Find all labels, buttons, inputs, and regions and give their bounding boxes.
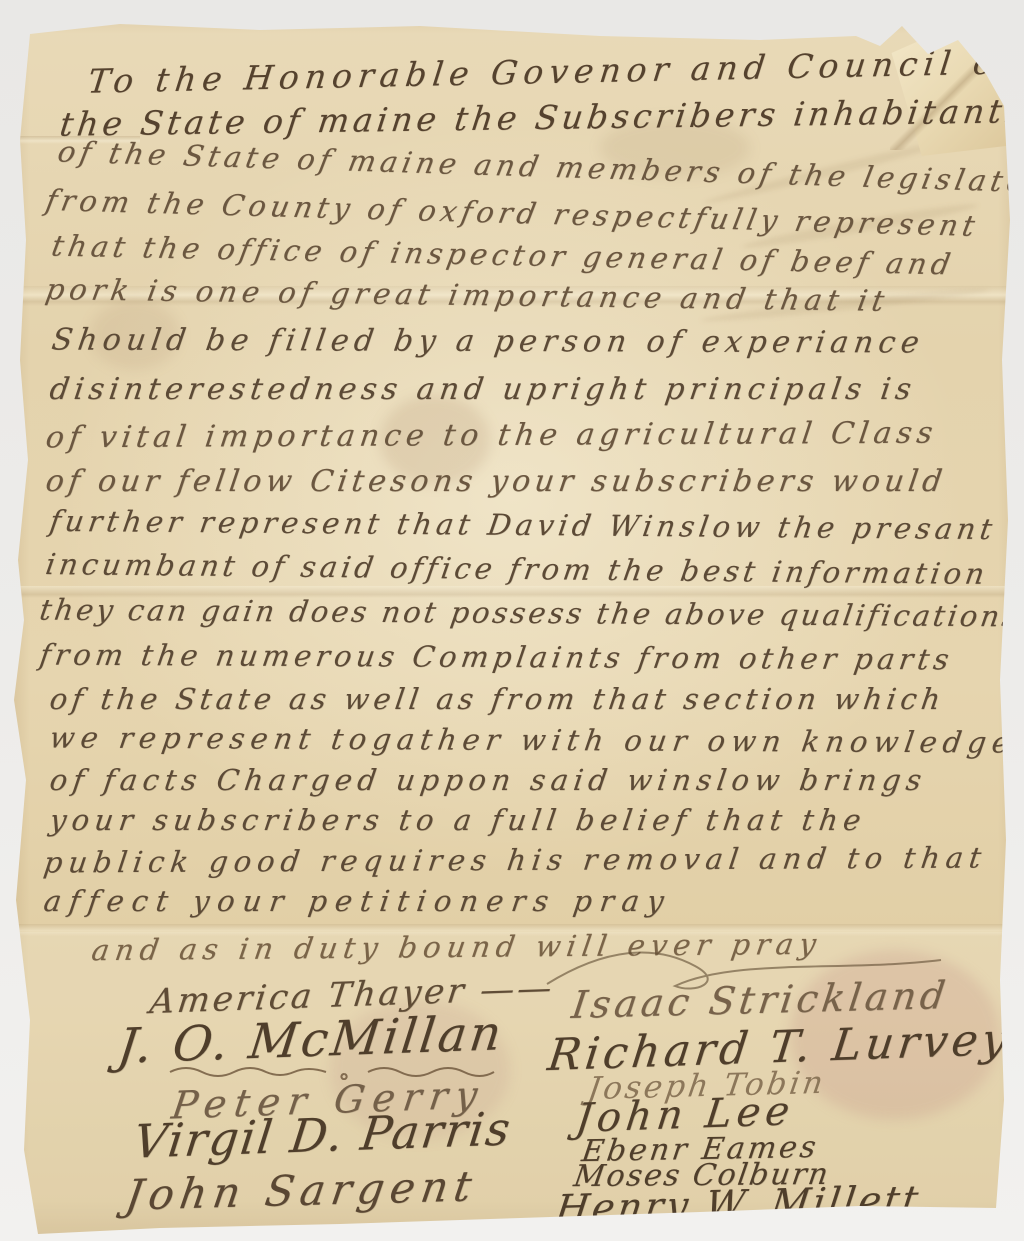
scan-background: To the Honorable Govenor and Council of … bbox=[0, 0, 1024, 1241]
manuscript-line: from the numerous Complaints from other … bbox=[38, 638, 956, 677]
manuscript-line: disinterestedness and upright principals… bbox=[48, 372, 919, 407]
manuscript-line: of vital importance to the agricultural … bbox=[44, 416, 940, 456]
petition-document: To the Honorable Govenor and Council of … bbox=[0, 0, 1024, 1241]
manuscript-line: we represent togather with our own knowl… bbox=[48, 720, 1018, 759]
manuscript-line: publick good requires his removal and to… bbox=[42, 841, 989, 880]
signature-henry-w-millett: Henry W. Millett bbox=[553, 1177, 923, 1231]
signature-john-sargent: John Sargent bbox=[122, 1161, 480, 1219]
manuscript-line: of our fellow Citesons your subscribers … bbox=[44, 464, 949, 499]
manuscript-line: affect your petitioners pray bbox=[42, 884, 674, 918]
manuscript-line: your subscribers to a full belief that t… bbox=[48, 803, 869, 837]
manuscript-line: of facts Charged uppon said winslow brin… bbox=[48, 763, 929, 797]
manuscript-line: Should be filled by a person of experian… bbox=[49, 322, 926, 360]
manuscript-line: they can gain does not possess the above… bbox=[38, 593, 1023, 634]
manuscript-line: of the State as well as from that sectio… bbox=[48, 682, 947, 716]
